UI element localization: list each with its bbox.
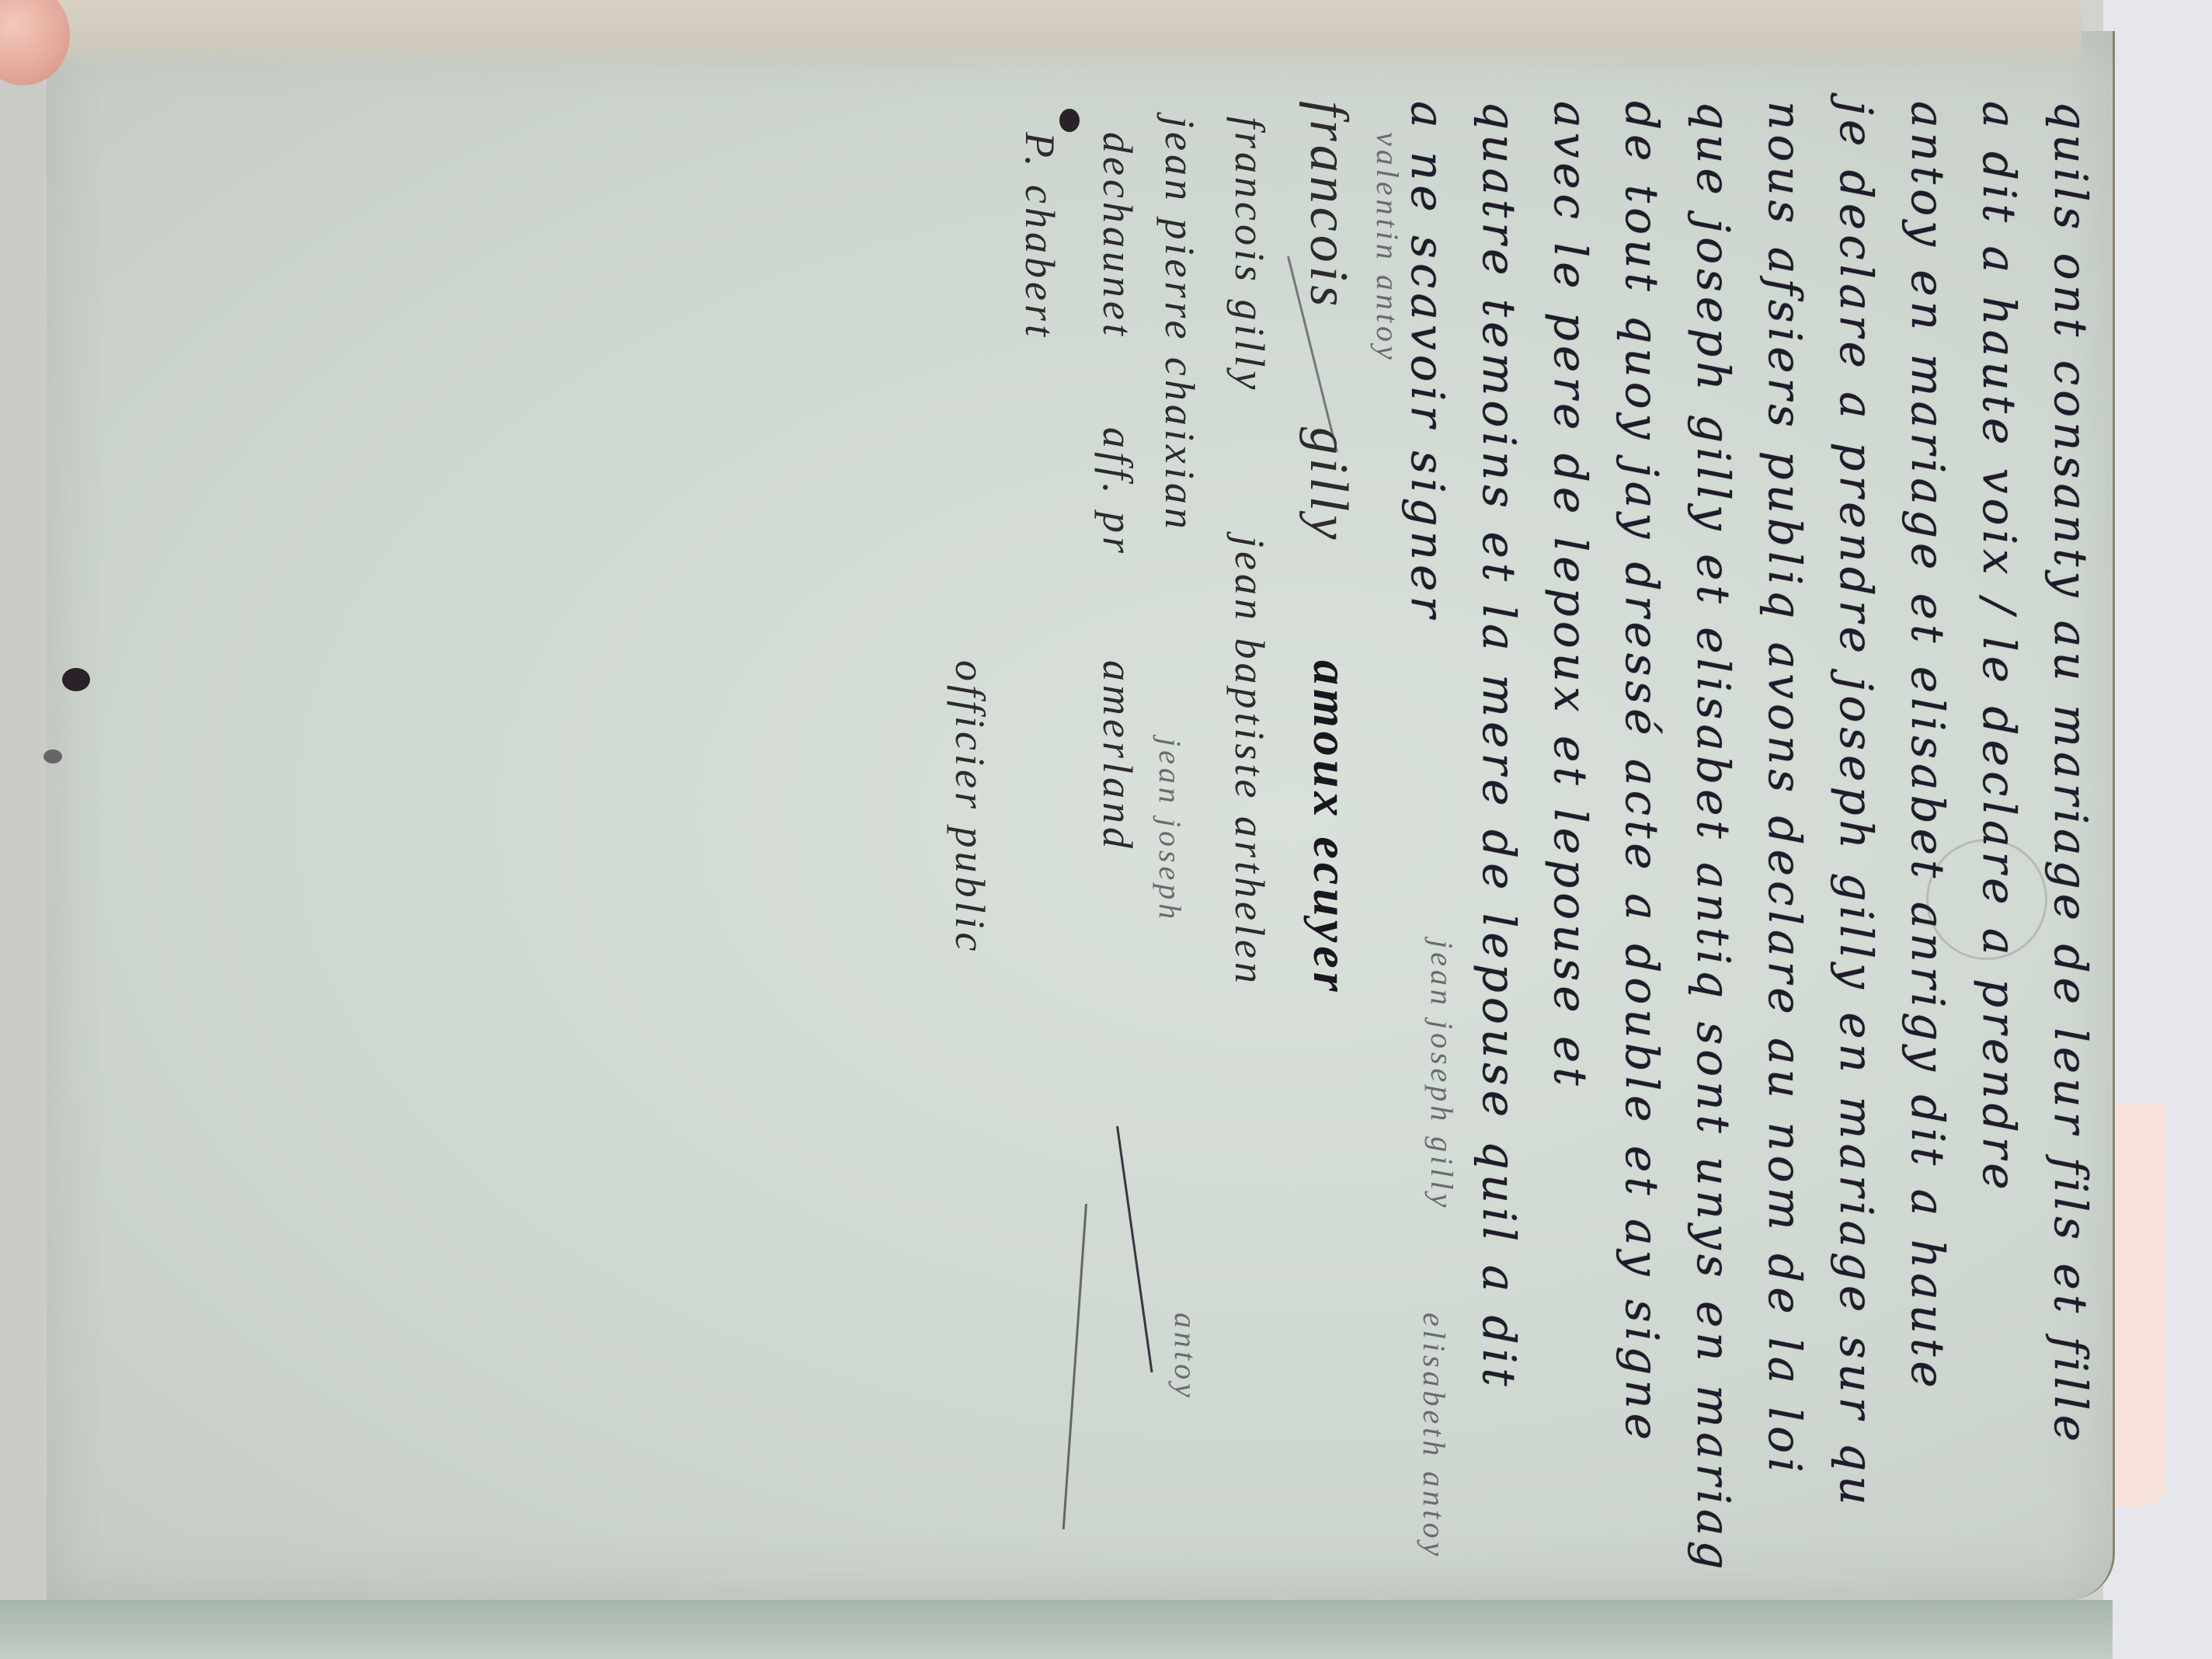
body-line: quils ont consanty au mariage de leur fi… — [2044, 101, 2097, 1446]
worn-page-edge — [47, 0, 2082, 70]
signature: antoy — [1167, 1313, 1204, 1401]
body-line: antoy en mariage et elisabet anrigy dit … — [1901, 101, 1954, 1393]
signature: francois gilly — [1226, 117, 1274, 393]
ink-blot-icon — [62, 668, 90, 691]
body-line: a dit a haute voix / le declare a prendr… — [1973, 101, 2026, 1195]
signature-flourish — [1116, 1126, 1153, 1372]
signature: jean joseph — [1152, 738, 1188, 923]
ink-smudge-icon — [43, 750, 62, 763]
signature: dechaunet — [1094, 132, 1142, 339]
signature-flourish — [1063, 1204, 1087, 1529]
signature: amerland — [1094, 660, 1142, 852]
signature: jean baptiste arthelen — [1226, 536, 1274, 987]
body-line: que joseph gilly et elisabet antiq sont … — [1687, 101, 1740, 1574]
ink-blot-icon — [1059, 109, 1080, 132]
signature: officier public — [946, 660, 994, 955]
signature: aff. pr — [1094, 427, 1142, 557]
body-line: quatre temoins et la mere de lepouse qui… — [1473, 101, 1525, 1391]
underlying-page — [0, 1600, 2113, 1659]
signature: valentin antoy — [1369, 132, 1406, 363]
signature: P. chabert — [1016, 132, 1064, 340]
signature: francois — [1297, 101, 1359, 310]
body-line: nous afsiers publiq avons declare au nom… — [1758, 101, 1811, 1477]
body-line: avec le pere de lepoux et lepouse et — [1544, 101, 1597, 1090]
handwritten-text-block: quils ont consanty au mariage de leur fi… — [388, 101, 2097, 1577]
signature: elisabeth antoy — [1416, 1313, 1452, 1560]
signature: gilly — [1297, 427, 1359, 543]
signature: jean joseph gilly — [1424, 940, 1460, 1211]
body-line: de tout quoy jay dressé acte a double et… — [1616, 101, 1668, 1445]
signature: amoux ecuyer — [1302, 660, 1359, 996]
body-line: je declare a prendre joseph gilly en mar… — [1830, 101, 1883, 1510]
body-line: a ne scavoir signer — [1401, 101, 1454, 622]
signature: jean pierre chaixian — [1156, 117, 1204, 533]
